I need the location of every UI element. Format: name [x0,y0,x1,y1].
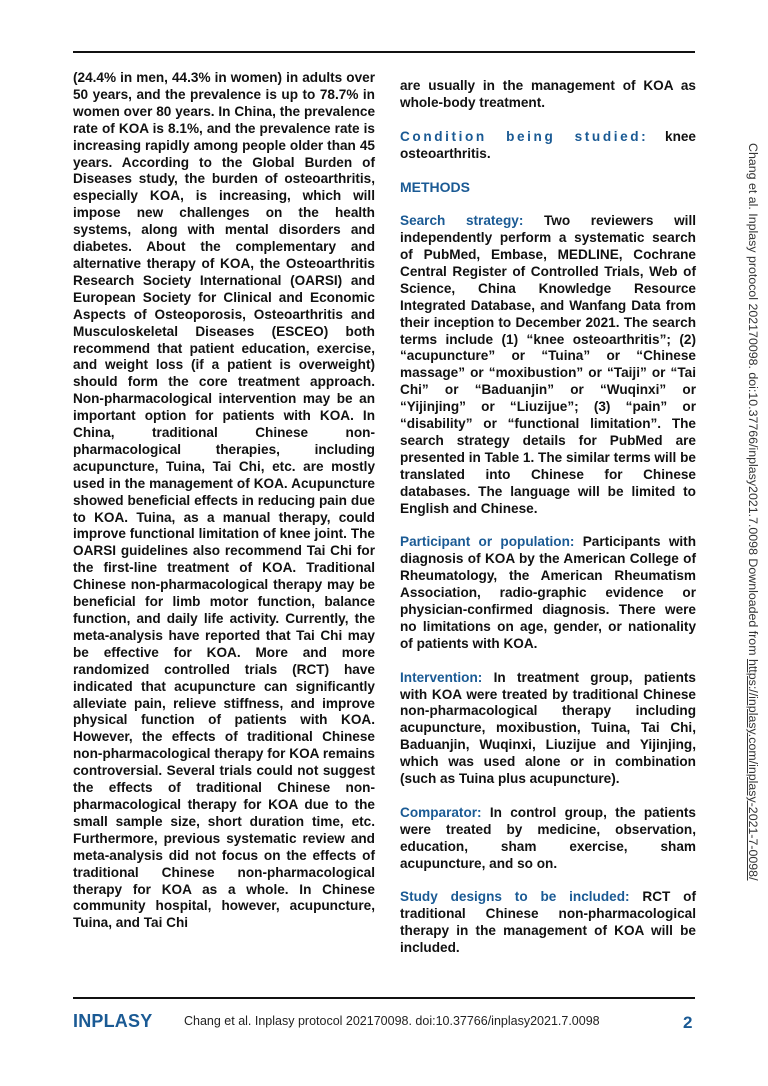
side-note-text: Chang et al. Inplasy protocol 202170098.… [746,143,760,659]
left-column: (24.4% in men, 44.3% in women) in adults… [73,70,375,932]
page-number: 2 [683,1013,692,1033]
introduction-continuation: are usually in the management of KOA as … [400,78,696,112]
right-column: are usually in the management of KOA as … [400,78,696,957]
participant-label: Participant or population: [400,534,574,549]
methods-heading: METHODS [400,179,696,196]
comparator-label: Comparator: [400,805,482,820]
search-strategy-section: Search strategy: Two reviewers will inde… [400,213,696,517]
participant-text: Participants with diagnosis of KOA by th… [400,534,696,650]
intervention-section: Intervention: In treatment group, patien… [400,670,696,788]
condition-label: Condition being studied: [400,129,648,144]
side-download-note: Chang et al. Inplasy protocol 202170098.… [746,143,760,881]
intervention-text: In treatment group, patients with KOA we… [400,670,696,786]
comparator-section: Comparator: In control group, the patien… [400,805,696,873]
intervention-label: Intervention: [400,670,482,685]
search-strategy-label: Search strategy: [400,213,523,228]
footer-rule [73,997,695,999]
search-strategy-text: Two reviewers will independently perform… [400,213,696,515]
introduction-paragraph: (24.4% in men, 44.3% in women) in adults… [73,70,375,932]
header-rule [73,51,695,53]
side-note-link[interactable]: https://inplasy.com/inplasy-2021-7-0098/ [746,659,760,881]
condition-section: Condition being studied: knee osteoarthr… [400,129,696,163]
participant-section: Participant or population: Participants … [400,534,696,652]
footer-brand-logo: INPLASY [73,1011,152,1032]
study-designs-label: Study designs to be included: [400,889,630,904]
footer-citation: Chang et al. Inplasy protocol 202170098.… [184,1014,600,1028]
study-designs-section: Study designs to be included: RCT of tra… [400,889,696,957]
